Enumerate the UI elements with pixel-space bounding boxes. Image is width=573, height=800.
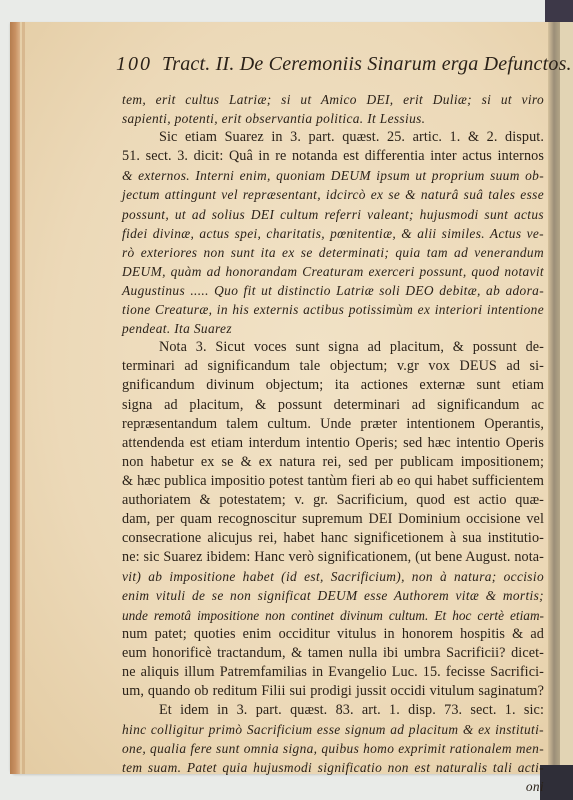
- text-line: signa ad placitum, & possunt determinari…: [122, 396, 544, 415]
- book-gutter: [548, 22, 560, 774]
- text-line: um, quando ob reditum Filii sui prodigi …: [122, 682, 544, 701]
- text-line: tem, erit cultus Latriæ; si ut Amico DEI…: [122, 90, 544, 109]
- text-line: tem suam. Patet quia hujusmodi significa…: [122, 758, 544, 777]
- text-line: dam, per quam recognoscitur supremum DEI…: [122, 510, 544, 529]
- running-header: 100Tract. II. De Ceremoniis Sinarum erga…: [116, 50, 544, 78]
- text-line: ne: sic Suarez ibidem: Hanc verò signifi…: [122, 548, 544, 567]
- page-text: 100Tract. II. De Ceremoniis Sinarum erga…: [122, 50, 544, 796]
- text-line: one, qualia fere sunt omnia signa, quibu…: [122, 739, 544, 758]
- text-line: fidei divinæ, actus spei, charitatis, pœ…: [122, 224, 544, 243]
- text-line: terminari ad significandum tale objectum…: [122, 357, 544, 376]
- page-edge-shadow: [22, 22, 25, 774]
- text-line: tione Creaturæ, in his externis actibus …: [122, 300, 544, 319]
- text-line: pendeat. Ita Suarez: [122, 319, 544, 338]
- text-line: unde remotâ impositione non continet div…: [122, 606, 544, 625]
- page-number: 100: [116, 53, 152, 75]
- text-line: rò exteriores non sunt ita ex se determi…: [122, 243, 544, 262]
- body-text: tem, erit cultus Latriæ; si ut Amico DEI…: [122, 90, 544, 777]
- text-line: Sic etiam Suarez in 3. part. quæst. 25. …: [122, 128, 544, 147]
- text-line: num patet; quoties enim occiditur vitulu…: [122, 625, 544, 644]
- text-line: sapienti, potenti, erit observantia poli…: [122, 109, 544, 128]
- text-line: & externos. Interni enim, quoniam DEUM i…: [122, 166, 544, 185]
- text-line: non habetur ex se & ex natura rei, sed p…: [122, 453, 544, 472]
- text-line: consecratione alicujus rei, habet hanc s…: [122, 529, 544, 548]
- page-edge: [10, 22, 20, 774]
- text-line: possunt, ut ad solius DEI cultum referri…: [122, 205, 544, 224]
- text-line: & hæc publica impositio potest tantùm fi…: [122, 472, 544, 491]
- text-line: 51. sect. 3. dicit: Quâ in re notanda es…: [122, 147, 544, 166]
- catchword: oni: [122, 777, 544, 796]
- text-line: gnificandum divinum objectum; ita action…: [122, 376, 544, 395]
- text-line: attendenda est etiam interdum intentio O…: [122, 434, 544, 453]
- scan-background-corner-bottom: [540, 765, 573, 800]
- text-line: repræsentandum talem cultum. Unde præter…: [122, 415, 544, 434]
- facing-page-edge: [560, 22, 573, 774]
- text-line: hinc colligitur primò Sacrificium esse s…: [122, 720, 544, 739]
- text-line: eum honorificè tractandum, & tamen nulla…: [122, 644, 544, 663]
- scan-background-corner: [545, 0, 573, 22]
- text-line: Nota 3. Sicut voces sunt signa ad placit…: [122, 338, 544, 357]
- text-line: vit) ab impositione habet (id est, Sacri…: [122, 567, 544, 586]
- text-line: Et idem in 3. part. quæst. 83. art. 1. d…: [122, 701, 544, 720]
- text-line: ne aliquis illum Patremfamilias in Evang…: [122, 663, 544, 682]
- text-line: enim vituli de se non significat DEUM es…: [122, 586, 544, 605]
- text-line: DEUM, quàm ad honorandam Creaturam exerc…: [122, 262, 544, 281]
- text-line: Augustinus ..... Quo fit ut distinctio L…: [122, 281, 544, 300]
- running-title: Tract. II. De Ceremoniis Sinarum erga De…: [162, 53, 572, 75]
- text-line: authoriatem & potestatem; v. gr. Sacrifi…: [122, 491, 544, 510]
- text-line: jectum attingunt vel repræsentant, idcir…: [122, 185, 544, 204]
